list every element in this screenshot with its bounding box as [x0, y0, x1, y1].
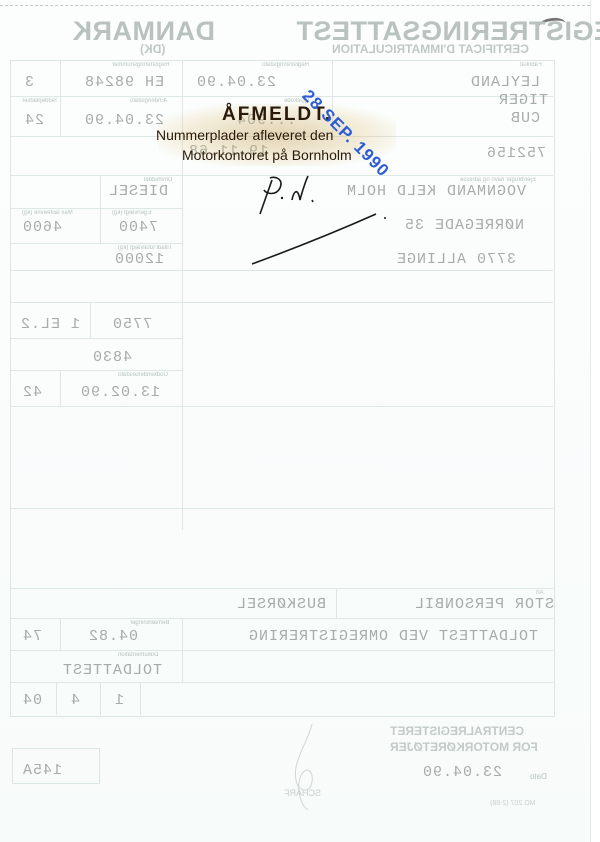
- row-divider: [10, 270, 553, 271]
- value-registration-date: 23.04.90: [196, 74, 276, 91]
- value-form-number: 145A: [22, 762, 62, 779]
- label-inspection-date: Godkendelsesdato: [118, 372, 168, 378]
- value-body-type: BUSKØRSEL: [236, 596, 326, 613]
- value-registration-number: EH 98248: [84, 74, 164, 91]
- column-divider: [336, 588, 337, 618]
- issuer-line1: CENTRALREGISTERET: [390, 724, 524, 738]
- column-divider: [100, 682, 101, 715]
- value-make: LEYLAND: [470, 74, 540, 91]
- value-engine-2: 1 EL.2: [20, 316, 80, 333]
- value-inspection-date: 13.02.90: [80, 384, 160, 401]
- row-divider: [10, 618, 553, 619]
- label-seats: Siddepladser: [22, 98, 57, 104]
- value-max-load: 4600: [22, 219, 62, 236]
- row-divider: [10, 588, 553, 589]
- row-divider: [10, 208, 182, 209]
- paper-right-edge: [590, 0, 600, 842]
- value-remark-code: 74: [22, 628, 42, 645]
- deregistered-stamp-line1: Nummerplader afleveret den: [156, 127, 333, 143]
- footer-date-label: Dato: [530, 772, 547, 781]
- label-max-load: Max lasteevne (kg): [22, 210, 73, 216]
- row-divider: [10, 370, 182, 371]
- value-small-3: 04: [22, 692, 42, 709]
- form-subtitle: CERTIFICAT D'IMMATRICULATION: [332, 42, 529, 56]
- value-col-3: 3: [24, 74, 34, 91]
- label-document-basis: Dokumentation: [118, 652, 158, 658]
- label-registration-date: Registreringsdato: [262, 62, 309, 68]
- value-total-weight: 12000: [114, 251, 164, 268]
- faint-signature-icon: [282, 722, 332, 812]
- row-divider: [10, 243, 182, 244]
- row-divider: [10, 508, 553, 509]
- row-divider: [10, 682, 553, 683]
- value-inspection-code: 42: [22, 384, 42, 401]
- value-seats: 24: [24, 112, 44, 129]
- column-divider: [60, 618, 61, 650]
- value-own-weight: 7400: [118, 219, 158, 236]
- value-remark: TOLDATTEST VED OMREGISTRERING: [248, 628, 538, 645]
- value-postal-city: 3770 ALLINGE: [396, 251, 516, 268]
- row-divider: [10, 96, 553, 97]
- country-code: (DK): [140, 42, 165, 56]
- deregistered-stamp-line2: Motorkontoret på Bornholm: [182, 147, 352, 163]
- paper-top-edge: [0, 0, 600, 6]
- row-divider: [10, 406, 553, 407]
- form-code: MO 207 (2-88): [490, 800, 536, 807]
- issuer-line2: FOR MOTORKØRETØJER: [390, 740, 538, 754]
- footer-date-value: 23.04.90: [422, 764, 502, 781]
- value-small-2: 4: [70, 692, 80, 709]
- value-engine-1: 7750: [112, 316, 152, 333]
- value-tax: 4830: [92, 349, 132, 366]
- value-model-line3: CUB: [510, 110, 540, 127]
- value-fuel: DIESEL: [108, 183, 168, 200]
- handwritten-initials-icon: [240, 170, 400, 270]
- column-divider: [140, 682, 141, 715]
- label-own-weight: Egenvægt (kg): [112, 210, 151, 216]
- value-document-basis: TOLDATTEST: [62, 662, 162, 679]
- column-divider: [56, 682, 57, 715]
- label-make: Fabrikat: [520, 62, 542, 68]
- registration-certificate-scan: REGISTRERINGSATTEST DANMARK (DK) CERTIFI…: [0, 0, 600, 842]
- value-address: NØRREGADE 35: [404, 217, 524, 234]
- column-divider: [100, 175, 101, 243]
- value-remark-date: 04.82: [88, 628, 138, 645]
- label-remark: Bemærkninger: [130, 620, 169, 626]
- value-small-1: 1: [114, 692, 124, 709]
- value-vehicle-type: STOR PERSONBIL: [414, 596, 554, 613]
- column-divider: [60, 60, 61, 136]
- row-divider: [10, 650, 553, 651]
- value-change-date: 23.04.90: [84, 112, 164, 129]
- column-divider: [60, 370, 61, 406]
- column-divider: [182, 618, 183, 682]
- row-divider: [10, 302, 553, 303]
- value-chassis-number: 752156: [486, 145, 546, 162]
- value-model-line2: TIGER: [498, 92, 548, 109]
- row-divider: [10, 338, 182, 339]
- column-divider: [90, 302, 91, 338]
- label-registration-number: Registreringsnummer: [112, 62, 169, 68]
